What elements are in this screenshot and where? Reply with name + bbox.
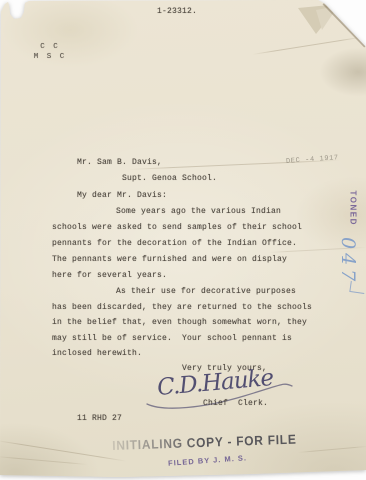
body-line: here for several years. (52, 271, 167, 280)
signature-typed-title: Chief Clerk. (203, 399, 268, 408)
crease-line (252, 36, 363, 55)
recipient-title: Supt. Genoa School. (122, 174, 217, 183)
crease-line (298, 446, 366, 453)
body-line: inclosed herewith. (52, 349, 142, 358)
blue-pencil-mark (349, 281, 365, 294)
footer-reference: 11 RHD 27 (77, 414, 122, 423)
body-line: The pennants were furnished and were on … (52, 255, 287, 264)
crease-line (0, 456, 88, 465)
body-line: schools were asked to send samples of th… (52, 223, 302, 232)
recipient-name: Mr. Sam B. Davis, (77, 158, 162, 167)
corner-initials: C C M S C (28, 42, 72, 62)
file-number: 1-23312. (157, 7, 197, 16)
corner-initials-line2: M S C (28, 52, 72, 62)
scanned-letter-page: 1-23312. C C M S C DEC -4 1917 Mr. Sam B… (0, 0, 366, 480)
body-line: pennants for the decoration of the India… (52, 239, 297, 248)
toned-stamp: TONED (349, 191, 358, 231)
body-line: may still be of service. Your school pen… (52, 334, 292, 343)
received-date-stamp: DEC -4 1917 (286, 154, 339, 166)
tear-edge-shadow (323, 3, 366, 47)
salutation: My dear Mr. Davis: (77, 191, 167, 200)
body-line: Some years ago the various Indian (116, 207, 281, 216)
body-line: has been discarded, they are returned to… (52, 303, 312, 312)
paper-wrapper: 1-23312. C C M S C DEC -4 1917 Mr. Sam B… (0, 0, 366, 480)
filed-by-stamp: FILED BY J. M. S. (168, 453, 247, 467)
file-copy-stamp: INITIALING COPY - FOR FILE (112, 432, 297, 453)
body-line: As their use for decorative purposes (116, 287, 296, 296)
corner-initials-line1: C C (28, 42, 72, 52)
letter-paper: 1-23312. C C M S C DEC -4 1917 Mr. Sam B… (0, 0, 366, 480)
body-line: in the belief that, even though somewhat… (52, 318, 307, 327)
